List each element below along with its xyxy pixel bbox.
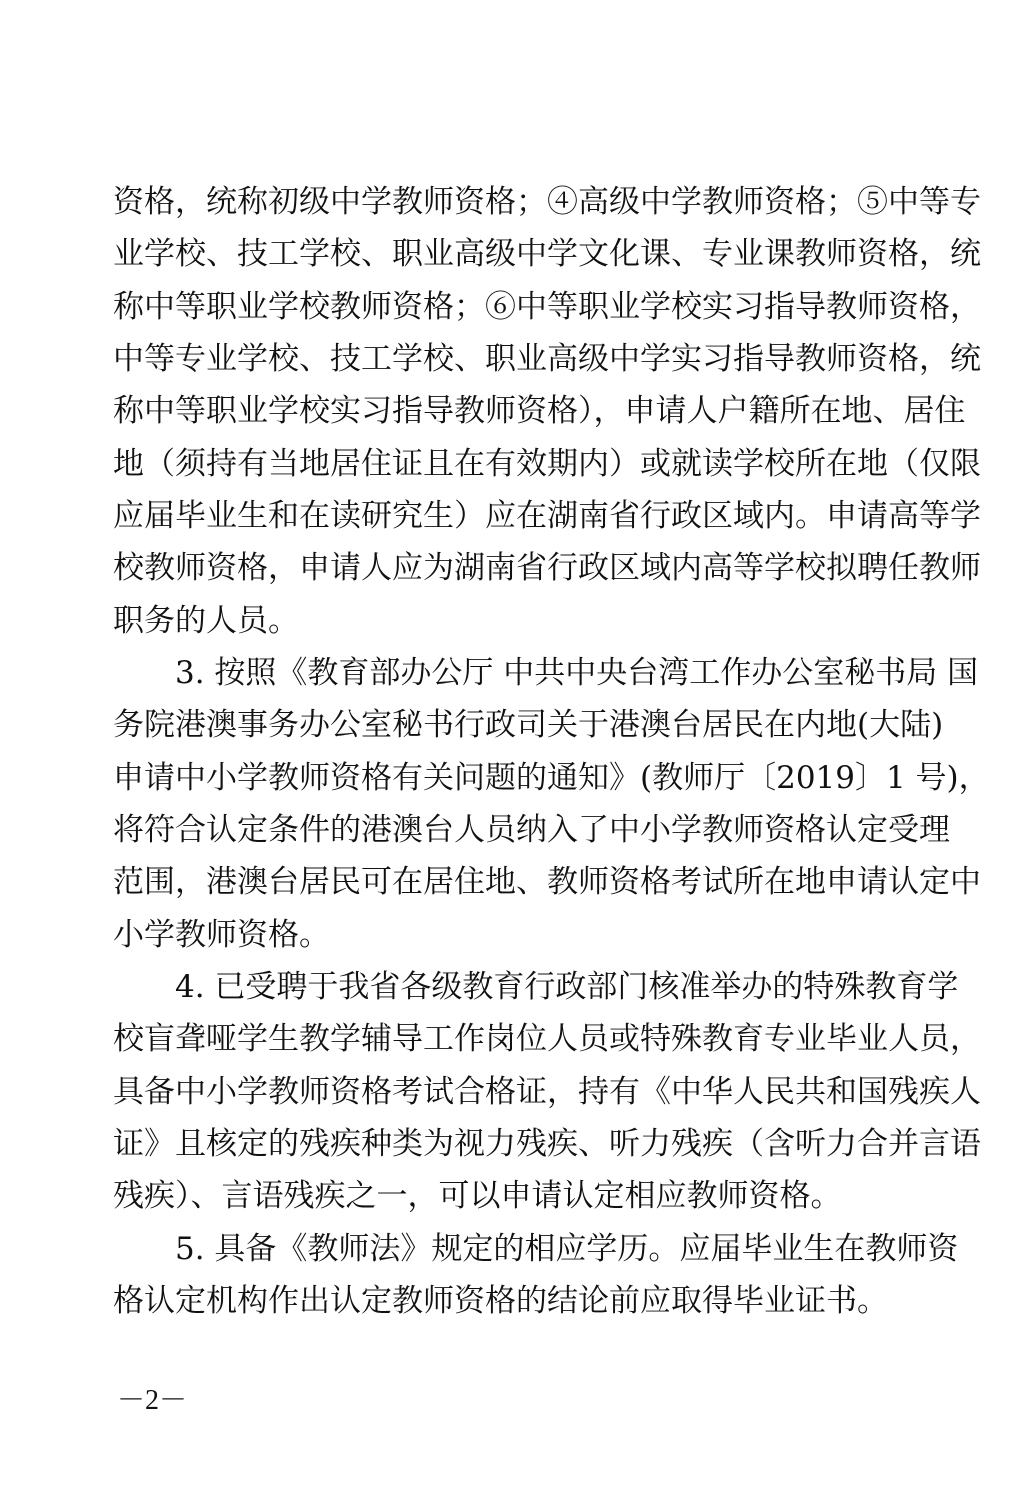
text-line: 5. 具备《教师法》规定的相应学历。应届毕业生在教师资 — [175, 1229, 915, 1269]
text-line: 中等专业学校、技工学校、职业高级中学实习指导教师资格，统 — [113, 339, 915, 379]
text-line: 申请中小学教师资格有关问题的通知》(教师厅〔2019〕1 号)， — [113, 758, 915, 798]
text-line: 校盲聋哑学生教学辅导工作岗位人员或特殊教育专业毕业人员， — [113, 1019, 915, 1059]
text-line: 校教师资格，申请人应为湖南省行政区域内高等学校拟聘任教师 — [113, 548, 915, 588]
text-line: 将符合认定条件的港澳台人员纳入了中小学教师资格认定受理 — [113, 810, 915, 850]
text-line: 称中等职业学校实习指导教师资格），申请人户籍所在地、居住 — [113, 391, 915, 431]
text-line: 应届毕业生和在读研究生）应在湖南省行政区域内。申请高等学 — [113, 496, 915, 536]
text-line: 职务的人员。 — [113, 601, 915, 641]
text-line: 资格，统称初级中学教师资格；④高级中学教师资格；⑤中等专 — [113, 182, 915, 222]
text-line: 小学教师资格。 — [113, 915, 915, 955]
document-page: 资格，统称初级中学教师资格；④高级中学教师资格；⑤中等专业学校、技工学校、职业高… — [0, 0, 1024, 1486]
text-line: 4. 已受聘于我省各级教育行政部门核准举办的特殊教育学 — [175, 967, 915, 1007]
text-line: 残疾）、言语残疾之一，可以申请认定相应教师资格。 — [113, 1176, 915, 1216]
text-line: 3. 按照《教育部办公厅 中共中央台湾工作办公室秘书局 国 — [175, 653, 915, 693]
text-line: 地（须持有当地居住证且在有效期内）或就读学校所在地（仅限 — [113, 444, 915, 484]
text-line: 范围，港澳台居民可在居住地、教师资格考试所在地申请认定中 — [113, 862, 915, 902]
text-line: 务院港澳事务办公室秘书行政司关于港澳台居民在内地(大陆) — [113, 705, 915, 745]
text-line: 格认定机构作出认定教师资格的结论前应取得毕业证书。 — [113, 1281, 915, 1321]
text-line: 证》且核定的残疾种类为视力残疾、听力残疾（含听力合并言语 — [113, 1124, 915, 1164]
text-line: 具备中小学教师资格考试合格证，持有《中华人民共和国残疾人 — [113, 1072, 915, 1112]
page-number: －2－ — [117, 1378, 187, 1418]
text-line: 业学校、技工学校、职业高级中学文化课、专业课教师资格，统 — [113, 234, 915, 274]
text-line: 称中等职业学校教师资格；⑥中等职业学校实习指导教师资格， — [113, 287, 915, 327]
